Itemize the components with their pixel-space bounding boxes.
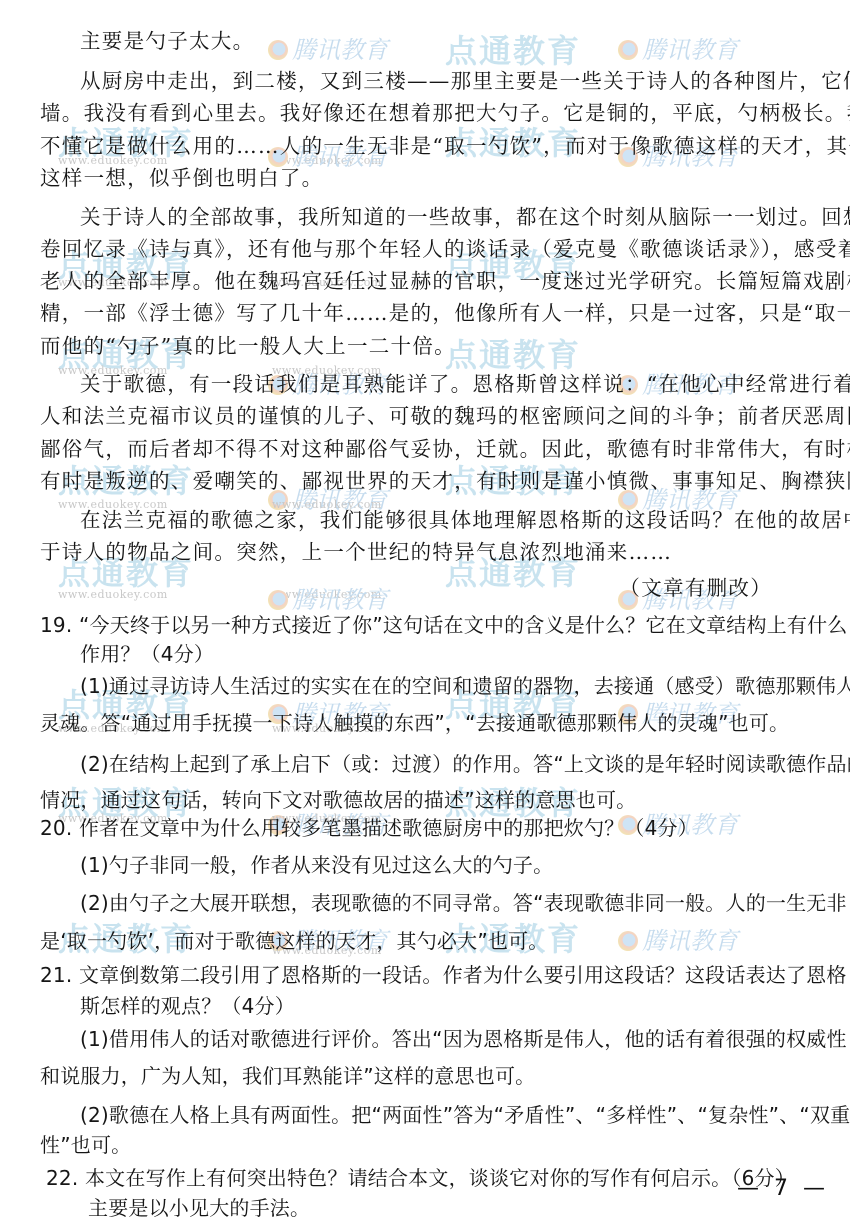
question-prompt: 作者在文章中为什么用较多笔墨描述歌德厨房中的那把炊勺？（4分） [79,816,698,840]
passage-line: 于诗人的物品之间。突然，上一个世纪的特异气息浓烈地涌来…… [40,539,815,565]
passage-line: 关于诗人的全部故事，我所知道的一些故事，都在这个时刻从脑际一一划过。回想他那两 [80,204,850,230]
passage-line: 老人的全部丰厚。他在魏玛宫廷任过显赫的官职，一度迷过光学研究。长篇短篇戏剧样样皆 [40,268,815,294]
question-prompt-cont: 斯怎样的观点？（4分） [80,993,850,1019]
question-number: 21. [40,963,72,987]
passage-line: 精，一部《浮士德》写了几十年……是的，他像所有人一样，只是一过客，只是“取一勺饮… [40,300,815,326]
watermark-url: www.eduokey.com [58,588,168,601]
question-20: 20. 作者在文章中为什么用较多笔墨描述歌德厨房中的那把炊勺？（4分） [40,815,815,841]
passage-line: 卷回忆录《诗与真》，还有他与那个年轻人的谈话录（爱克曼《歌德谈话录》），感受着一… [40,236,815,262]
question-21: 21. 文章倒数第二段引用了恩格斯的一段话。作者为什么要引用这段话？这段话表达了… [40,962,815,988]
answer-line: 情况，通过这句话，转向下文对歌德故居的描述”这样的意思也可。 [40,787,815,813]
answer-line: (1)借用伟人的话对歌德进行评价。答出“因为恩格斯是伟人，他的话有着很强的权威性 [80,1026,850,1052]
passage-line: 鄙俗气，而后者却不得不对这种鄙俗气妥协，迁就。因此，歌德有时非常伟大，有时极为渺… [40,436,815,462]
answer-line: 主要是以小见大的手法。 [88,1195,850,1219]
passage-line: 有时是叛逆的、爱嘲笑的、鄙视世界的天才，有时则是谨小慎微、事事知足、胸襟狭隘的庸… [40,468,815,494]
passage-line: 而他的“勺子”真的比一般人大上一二十倍。 [40,333,815,359]
answer-line: (1)勺子非同一般，作者从来没有见过这么大的勺子。 [80,852,850,878]
answer-line: 性”也可。 [40,1132,815,1158]
passage-line: 关于歌德，有一段话我们是耳熟能详了。恩格斯曾这样说：“在他心中经常进行着天才诗 [80,371,850,397]
source-note: （文章有删改） [619,575,772,601]
question-number: 22. [46,1166,78,1190]
question-number: 19. [40,613,72,637]
passage-line: 主要是勺子太大。 [80,28,850,54]
passage-line: 这样一想，似乎倒也明白了。 [40,165,815,191]
passage-line: 墙。我没有看到心里去。我好像还在想着那把大勺子。它是铜的，平底，勺柄极长。我就是… [40,100,815,126]
passage-line: 在法兰克福的歌德之家，我们能够很具体地理解恩格斯的这段话吗？在他的故居中，徘徊 [80,507,850,533]
question-prompt: 文章倒数第二段引用了恩格斯的一段话。作者为什么要引用这段话？这段话表达了恩格 [79,963,847,987]
tengxun-logo-icon [268,590,288,610]
question-prompt: “今天终于以另一种方式接近了你”这句话在文中的含义是什么？它在文章结构上有什么 [79,613,848,637]
question-prompt-cont: 作用？（4分） [80,641,850,667]
page-number: — 7 — [737,1176,829,1201]
answer-line: (2)在结构上起到了承上启下（或：过渡）的作用。答“上文谈的是年轻时阅读歌德作品… [80,751,850,777]
answer-line: (2)歌德在人格上具有两面性。把“两面性”答为“矛盾性”、“多样性”、“复杂性”… [80,1102,850,1128]
document-page: 腾讯教育 点通教育 腾讯教育 点通教育 点通教育 www.eduokey.com… [0,0,850,1219]
answer-line: (2)由勺子之大展开联想，表现歌德的不同寻常。答“表现歌德非同一般。人的一生无非 [80,890,850,916]
passage-line: 从厨房中走出，到二楼，又到三楼——那里主要是一些关于诗人的各种图片，它们悬了满 [80,68,850,94]
passage-line: 人和法兰克福市议员的谨慎的儿子、可敬的魏玛的枢密顾问之间的斗争；前者厌恶周围环境… [40,403,815,429]
watermark-url: www.eduokey.com [272,588,382,601]
question-22: 22. 本文在写作上有何突出特色？请结合本文，谈谈它对你的写作有何启示。（6分） [46,1165,821,1191]
question-19: 19. “今天终于以另一种方式接近了你”这句话在文中的含义是什么？它在文章结构上… [40,612,815,638]
answer-line: (1)通过寻访诗人生活过的实实在在的空间和遗留的器物，去接通（感受）歌德那颗伟人… [80,673,850,699]
question-number: 20. [40,816,72,840]
answer-line: 是‘取一勺饮’，而对于歌德这样的天才，其勺必大”也可。 [40,928,815,954]
answer-line: 灵魂。答“通过用手抚摸一下诗人触摸的东西”，“去接通歌德那颗伟人的灵魂”也可。 [40,710,815,736]
answer-line: 和说服力，广为人知，我们耳熟能详”这样的意思也可。 [40,1063,815,1089]
question-prompt: 本文在写作上有何突出特色？请结合本文，谈谈它对你的写作有何启示。（6分） [85,1166,795,1190]
passage-line: 不懂它是做什么用的……人的一生无非是“取一勺饮”，而对于像歌德这样的天才，其勺必… [40,133,815,159]
watermark-tengxun: 腾讯教育 [268,580,388,615]
